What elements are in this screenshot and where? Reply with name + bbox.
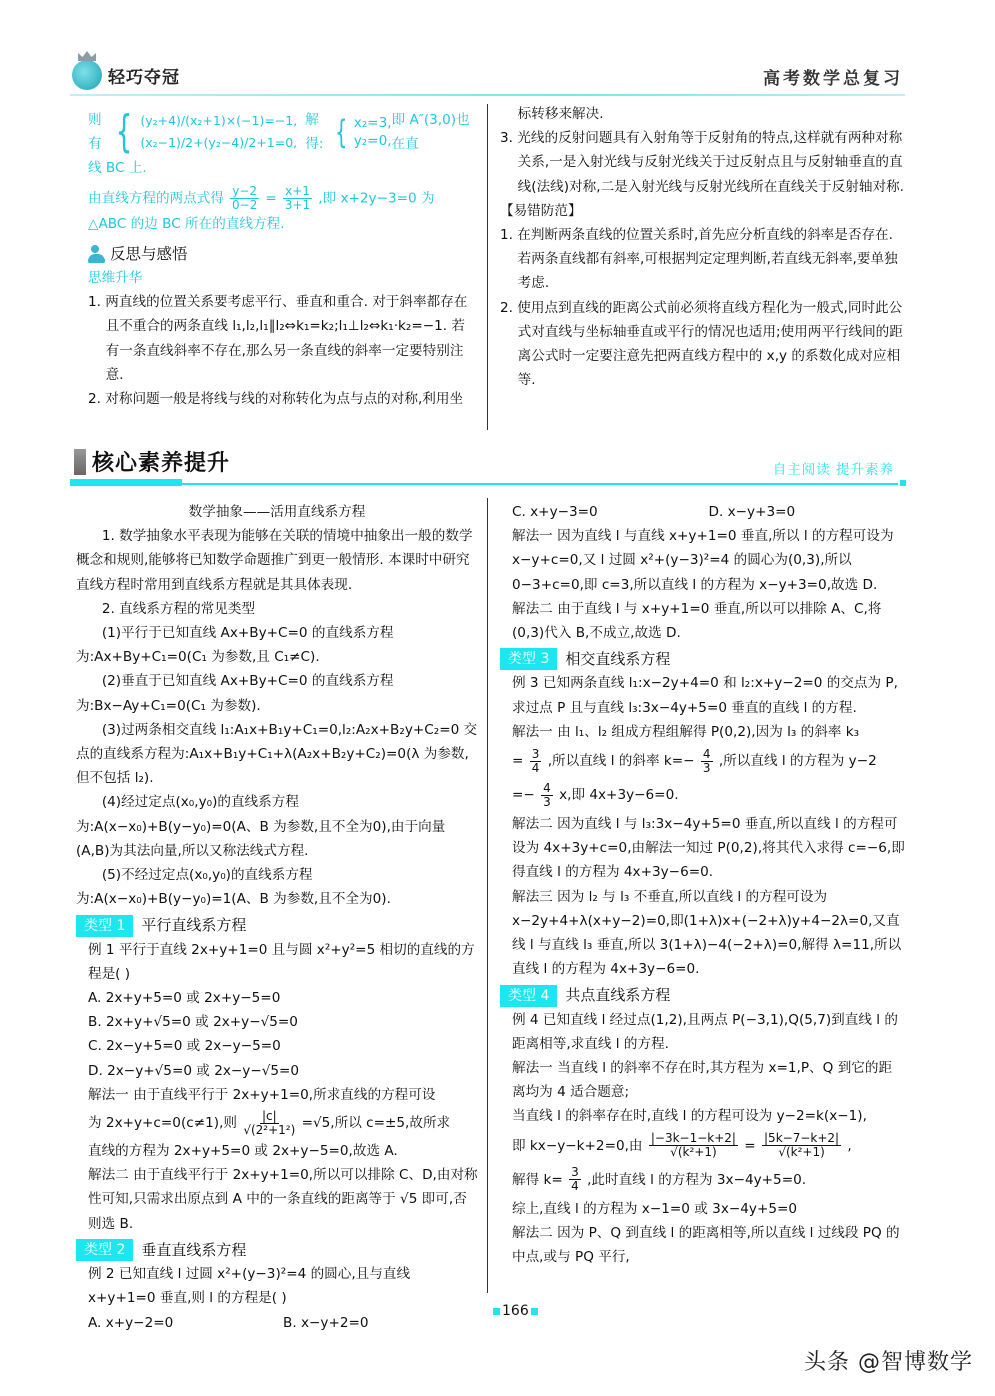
option-c: C. 2x−y+5=0 或 2x−y−5=0 — [88, 1034, 478, 1058]
line-bc-text: 线 BC 上. — [88, 156, 478, 180]
example-2-cont: C. x+y−3=0 D. x−y+3=0 解法一 因为直线 l 与直线 x+y… — [500, 500, 905, 645]
type4-label: 共点直线系方程 — [565, 983, 670, 1007]
denominator: 3+1 — [285, 199, 310, 212]
solution-1-line-2: 当直线 l 的斜率存在时,直线 l 的方程可设为 y−2=k(x−1), — [512, 1104, 905, 1128]
options-row-ab: A. x+y−2=0 B. x−y+2=0 — [88, 1311, 478, 1335]
bottom-right-column: C. x+y−3=0 D. x−y+3=0 解法一 因为直线 l 与直线 x+y… — [500, 500, 905, 1269]
option-a: A. x+y−2=0 — [88, 1311, 283, 1335]
denominator: 0−2 — [232, 199, 257, 212]
solution-text: = — [512, 753, 523, 769]
option-d: D. 2x−y+√5=0 或 2x−y−√5=0 — [88, 1059, 478, 1083]
example-3: 例 3 已知两条直线 l₁:x−2y+4=0 和 l₂:x+y−2=0 的交点为… — [500, 671, 905, 981]
page-number-text: 166 — [502, 1303, 529, 1319]
solution-text: 即 kx−y−k+2=0,由 — [512, 1138, 643, 1154]
type4-header: 类型 4 共点直线系方程 — [500, 983, 905, 1007]
type3-label: 相交直线系方程 — [565, 647, 670, 671]
crown-badge-icon — [72, 60, 102, 90]
two-point-prefix: 由直线方程的两点式得 — [88, 190, 224, 206]
type-item-4: (4)经过定点(x₀,y₀)的直线系方程为:A(x−x₀)+B(y−y₀)=0(… — [76, 790, 478, 863]
two-point-tail: ,即 x+2y−3=0 为 — [318, 190, 434, 206]
solution-text: ,此时直线 l 的方程为 3x−4y+5=0. — [587, 1172, 806, 1188]
summary-line: 综上,直线 l 的方程为 x−1=0 或 3x−4y+5=0 — [512, 1197, 905, 1221]
example-1-question: 例 1 平行于直线 2x+y+1=0 且与圆 x²+y²=5 相切的直线的方程是… — [88, 938, 478, 986]
solution-1-line-4: 解得 k= 34 ,此时直线 l 的方程为 3x−4y+5=0. — [512, 1163, 905, 1197]
fraction: 34 — [530, 748, 542, 775]
numerator: |−3k−1−k+2| — [649, 1132, 738, 1146]
denominator: 3 — [543, 796, 551, 809]
solution-text: x,即 4x+3y−6=0. — [559, 787, 678, 803]
fraction: |−3k−1−k+2|√(k²+1) — [649, 1132, 738, 1159]
person-pointing-icon — [88, 245, 106, 263]
band-title-text: 核心素养提升 — [92, 446, 230, 477]
reflection-heading: 反思与感悟 — [88, 242, 478, 266]
type-item-3: (3)过两条相交直线 l₁:A₁x+B₁y+C₁=0,l₂:A₂x+B₂y+C₂… — [76, 718, 478, 791]
solution-2: 解法二 由于直线 l 与 x+y+1=0 垂直,所以可以排除 A、C,将(0,3… — [512, 597, 905, 645]
square-icon — [493, 1308, 500, 1315]
solution-text: , — [847, 1138, 851, 1154]
pitfall-item-2: 2. 使用点到直线的距离公式前必须将直线方程化为一般式,同时此公式对直线与坐标轴… — [500, 296, 905, 393]
example-1: 例 1 平行于直线 2x+y+1=0 且与圆 x²+y²=5 相切的直线的方程是… — [76, 938, 478, 1236]
type2-tag: 类型 2 — [76, 1239, 133, 1261]
solution-1-line-1: 解法一 由 l₁、l₂ 组成方程组解得 P(0,2),因为 l₃ 的斜率 k₃ — [512, 720, 905, 744]
logo: 轻巧夺冠 — [72, 60, 180, 90]
solution-1-line-1: 解法一 由于直线平行于 2x+y+1=0,所求直线的方程可设 — [88, 1083, 478, 1107]
option-b: B. 2x+y+√5=0 或 2x+y−√5=0 — [88, 1010, 478, 1034]
type1-header: 类型 1 平行直线系方程 — [76, 913, 478, 937]
system-brace: { (y₂+4)/(x₂+1)×(−1)=−1, (x₂−1)/2+(y₂−4)… — [110, 110, 297, 154]
option-d: D. x−y+3=0 — [709, 500, 906, 524]
thinking-item-2: 2. 对称问题一般是将线与线的对称转化为点与点的对称,利用坐 — [88, 387, 478, 411]
band-end-square-icon — [900, 480, 906, 486]
denominator: √(k²+1) — [778, 1146, 824, 1159]
solution-2: 解法二 由于直线平行于 2x+y+1=0,所以可以排除 C、D,由对称性可知,只… — [88, 1163, 478, 1236]
example-3-question: 例 3 已知两条直线 l₁:x−2y+4=0 和 l₂:x+y−2=0 的交点为… — [512, 671, 905, 719]
solve-line-2: y₂=0, — [354, 132, 392, 150]
solution-1-line-3: 直线的方程为 2x+y+5=0 或 2x+y−5=0,故选 A. — [88, 1139, 478, 1163]
fraction: x+13+1 — [283, 185, 312, 212]
numerator: 3 — [530, 748, 542, 762]
fraction: 34 — [569, 1166, 581, 1193]
system-line-1: (y₂+4)/(x₂+1)×(−1)=−1, — [140, 110, 297, 132]
denominator: 3 — [703, 762, 711, 775]
type3-tag: 类型 3 — [500, 648, 557, 670]
solution-text: =− — [512, 787, 535, 803]
band-bar-icon — [74, 449, 86, 475]
option-a: A. 2x+y+5=0 或 2x+y−5=0 — [88, 986, 478, 1010]
type-item-1: (1)平行于已知直线 Ax+By+C=0 的直线系方程为:Ax+By+C₁=0(… — [76, 621, 478, 669]
brace-icon: { — [116, 110, 133, 154]
numerator: y−2 — [230, 185, 259, 199]
denominator: √(k²+1) — [670, 1146, 716, 1159]
solution-1-line-1: 解法一 当直线 l 的斜率不存在时,其方程为 x=1,P、Q 到它的距离均为 4… — [512, 1056, 905, 1104]
solution-text: ,所以直线 l 的斜率 k=− — [548, 753, 695, 769]
numerator: 4 — [701, 748, 713, 762]
band-line — [70, 483, 898, 485]
type3-header: 类型 3 相交直线系方程 — [500, 647, 905, 671]
band-subtitle: 自主阅读 提升素养 — [773, 458, 894, 478]
solution-1-line-3: 即 kx−y−k+2=0,由 |−3k−1−k+2|√(k²+1) = |5k−… — [512, 1129, 905, 1163]
numerator: 4 — [541, 782, 553, 796]
solution-brace: { x₂=3, y₂=0, — [331, 110, 391, 154]
solution-text: ,所以直线 l 的方程为 y−2 — [719, 753, 877, 769]
brace-icon: { — [335, 110, 347, 154]
option-c: C. x+y−3=0 — [512, 500, 709, 524]
solution-2: 解法二 因为直线 l 与 l₃:3x−4y+5=0 垂直,所以直线 l 的方程可… — [512, 812, 905, 885]
type2-header: 类型 2 垂直直线系方程 — [76, 1238, 478, 1262]
topic-heading: 数学抽象——活用直线系方程 — [76, 500, 478, 524]
solution-1-line-2: 为 2x+y+c=0(c≠1),则 |c|√(2²+1²) =√5,所以 c=±… — [88, 1107, 478, 1139]
example-4: 例 4 已知直线 l 经过点(1,2),且两点 P(−3,1),Q(5,7)到直… — [500, 1008, 905, 1270]
fraction: |5k−7−k+2|√(k²+1) — [762, 1132, 841, 1159]
type2-label: 垂直直线系方程 — [141, 1238, 246, 1262]
system-line-2: (x₂−1)/2+(y₂−4)/2+1=0, — [140, 132, 297, 154]
numerator: 3 — [569, 1166, 581, 1180]
fraction: |c|√(2²+1²) — [243, 1110, 295, 1137]
column-divider — [487, 104, 488, 430]
numerator: x+1 — [283, 185, 312, 199]
top-right-column: 标转移来解决. 3. 光线的反射问题具有入射角等于反射角的特点,这样就有两种对称… — [500, 102, 905, 392]
type-item-2: (2)垂直于已知直线 Ax+By+C=0 的直线系方程为:Bx−Ay+C₁=0(… — [76, 669, 478, 717]
equation-system: 则有 { (y₂+4)/(x₂+1)×(−1)=−1, (x₂−1)/2+(y₂… — [88, 108, 478, 156]
solve-tail: 即 A″(3,0)也在直 — [392, 108, 478, 156]
bottom-left-column: 数学抽象——活用直线系方程 1. 数学抽象水平表现为能够在关联的情境中抽象出一般… — [76, 500, 478, 1335]
reflection-title: 反思与感悟 — [110, 242, 188, 266]
pitfall-item-1: 1. 在判断两条直线的位置关系时,首先应分析直线的斜率是否存在. 若两条直线都有… — [500, 223, 905, 296]
band-line-thick — [70, 479, 182, 486]
fraction: 43 — [701, 748, 713, 775]
fraction: 43 — [541, 782, 553, 809]
square-icon — [531, 1308, 538, 1315]
watermark: 头条 @智博数学 — [804, 1345, 973, 1376]
equals-sign: = — [744, 1138, 755, 1154]
option-b: B. x−y+2=0 — [283, 1311, 478, 1335]
options-row-cd: C. x+y−3=0 D. x−y+3=0 — [512, 500, 905, 524]
fraction: y−20−2 — [230, 185, 259, 212]
book-title: 高考数学总复习 — [763, 64, 903, 89]
solution-1-line-3: =− 43 x,即 4x+3y−6=0. — [512, 778, 905, 812]
types-heading: 2. 直线系方程的常见类型 — [76, 597, 478, 621]
intro-paragraph: 1. 数学抽象水平表现为能够在关联的情境中抽象出一般的数学概念和规则,能够将已知… — [76, 524, 478, 597]
solution-1-line-2: = 34 ,所以直线 l 的斜率 k=− 43 ,所以直线 l 的方程为 y−2 — [512, 744, 905, 778]
header-divider — [70, 94, 905, 96]
solution-continuation: 则有 { (y₂+4)/(x₂+1)×(−1)=−1, (x₂−1)/2+(y₂… — [88, 108, 478, 236]
thinking-title: 思维升华 — [88, 266, 478, 290]
column-divider — [487, 498, 488, 1293]
solution-2: 解法二 因为 P、Q 到直线 l 的距离相等,所以直线 l 过线段 PQ 的中点… — [512, 1221, 905, 1269]
denominator: 4 — [532, 762, 540, 775]
solution-1: 解法一 因为直线 l 与直线 x+y+1=0 垂直,所以 l 的方程可设为 x−… — [512, 524, 905, 597]
conclusion-text: △ABC 的边 BC 所在的直线方程. — [88, 212, 478, 236]
type1-label: 平行直线系方程 — [141, 913, 246, 937]
solution-text: =√5,所以 c=±5,故所求 — [302, 1115, 451, 1131]
example-2: 例 2 已知直线 l 过圆 x²+(y−3)²=4 的圆心,且与直线 x+y+1… — [76, 1262, 478, 1335]
type-item-5: (5)不经过定点(x₀,y₀)的直线系方程为:A(x−x₀)+B(y−y₀)=1… — [76, 863, 478, 911]
numerator: |5k−7−k+2| — [762, 1132, 841, 1146]
solution-text: 为 2x+y+c=0(c≠1),则 — [88, 1115, 237, 1131]
thinking-item-3: 3. 光线的反射问题具有入射角等于反射角的特点,这样就有两种对称关系,一是入射光… — [500, 126, 905, 199]
solution-text: 解得 k= — [512, 1172, 563, 1188]
pitfalls-title: 【易错防范】 — [500, 199, 905, 223]
solve-line-1: x₂=3, — [354, 114, 392, 132]
numerator: |c| — [260, 1110, 279, 1124]
solve-label: 解得: — [305, 108, 331, 156]
continuation-text: 标转移来解决. — [500, 102, 905, 126]
top-left-column: 则有 { (y₂+4)/(x₂+1)×(−1)=−1, (x₂−1)/2+(y₂… — [88, 108, 478, 411]
solution-3: 解法三 因为 l₂ 与 l₃ 不垂直,所以直线 l 的方程可设为 x−2y+4+… — [512, 885, 905, 982]
thinking-item-1: 1. 两直线的位置关系要考虑平行、垂直和重合. 对于斜率都存在且不重合的两条直线… — [88, 290, 478, 387]
denominator: √(2²+1²) — [243, 1124, 295, 1137]
example-4-question: 例 4 已知直线 l 经过点(1,2),且两点 P(−3,1),Q(5,7)到直… — [512, 1008, 905, 1056]
denominator: 4 — [571, 1180, 579, 1193]
type4-tag: 类型 4 — [500, 985, 557, 1007]
example-2-question: 例 2 已知直线 l 过圆 x²+(y−3)²=4 的圆心,且与直线 x+y+1… — [88, 1262, 478, 1310]
band-title: 核心素养提升 — [74, 446, 230, 477]
system-prefix: 则有 — [88, 108, 110, 156]
type1-tag: 类型 1 — [76, 915, 133, 937]
equals-sign: = — [265, 190, 276, 206]
two-point-form: 由直线方程的两点式得 y−20−2 = x+13+1 ,即 x+2y−3=0 为 — [88, 185, 478, 212]
logo-text: 轻巧夺冠 — [108, 63, 180, 88]
page-number: 166 — [493, 1303, 538, 1319]
